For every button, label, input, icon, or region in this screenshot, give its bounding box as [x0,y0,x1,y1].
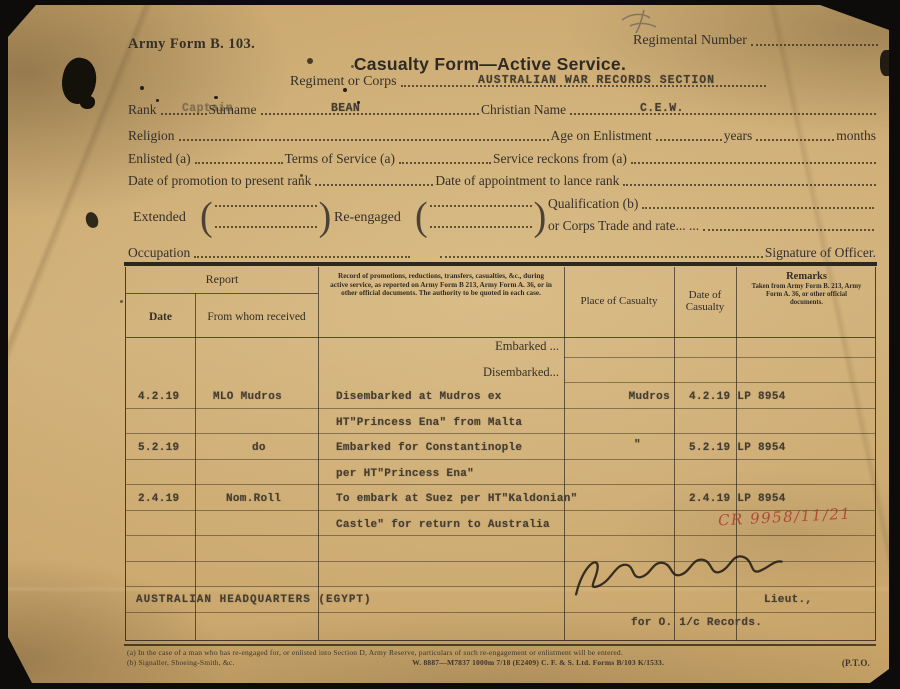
enlisted-line: Enlisted (a) Terms of Service (a) Servic… [128,151,878,166]
terms-label: Terms of Service (a) [285,151,395,166]
speckle [300,174,303,177]
entry-record-cont: per HT"Princess Ena" [336,468,474,480]
rule-embarked [564,357,875,358]
years-label: years [724,128,752,143]
entry-record-cont: Castle" for return to Australia [336,519,550,531]
reengaged-label: Re-engaged [334,210,401,226]
age-label: Age on Enlistment [551,128,652,143]
occupation-field-2 [440,246,763,258]
extended-open-bracket: ( [200,193,213,241]
speckle [140,86,144,90]
entry-from: MLO Mudros [213,391,282,403]
entry-record: Disembarked at Mudros ex [336,391,502,403]
surname-value: BEAN [331,101,360,116]
lance-field [623,174,876,186]
footnote-b-row: (b) Signaller, Shoeing-Smith, &c. W. 888… [127,658,870,668]
extended-field-2 [215,226,317,228]
speckle [343,88,347,92]
col-divider-record-place [564,267,565,640]
paper-hole-small [80,96,95,109]
speckle [120,300,123,303]
footnote-a: (a) In the case of a man who has re-enga… [127,648,860,657]
extended-label: Extended [133,210,186,226]
table-top-rule [124,262,877,266]
reengaged-open-bracket: ( [415,193,428,241]
pto-label: (P.T.O. [842,658,870,668]
header-remarks: Remarks Taken from Army Form B. 213, Arm… [736,271,877,307]
corps-trade-label: or Corps Trade and rate... ... [548,218,699,233]
qualification-field [642,197,874,209]
headquarters-entry: AUSTRALIAN HEADQUARTERS (EGYPT) [136,594,372,606]
scanned-form-paper: Army Form B. 103. Regimental Number Casu… [8,5,889,683]
occupation-label: Occupation [128,245,190,260]
promotion-label: Date of promotion to present rank [128,173,311,188]
entry-date: 4.2.19 [138,391,179,403]
surname-field [261,103,480,115]
entry-from: do [252,442,266,454]
corps-trade-line: or Corps Trade and rate... ... [548,218,876,233]
reengaged-fields [428,194,534,234]
entry-place-ditto: " [634,439,641,451]
casualty-table: Report Date From whom received Record of… [125,267,876,641]
reengaged-field-1 [430,205,532,207]
speckle [214,96,218,99]
entry-record: To embark at Suez per HT"Kaldonian" [336,493,578,505]
embarked-label: Embarked ... [406,339,559,354]
service-reckons-field [631,152,876,164]
entry-place: Mudros [564,391,670,403]
promotion-field [315,174,433,186]
speckle [156,99,159,102]
form-title: Casualty Form—Active Service. [280,54,700,75]
occupation-field [194,246,409,258]
occupation-line: Occupation Signature of Officer. [128,245,878,260]
lieut-entry: Lieut., [764,594,812,606]
form-number: Army Form B. 103. [128,36,255,53]
header-report: Report [126,272,318,287]
qualification-line: Qualification (b) [548,196,876,211]
header-date-of-casualty: Date of Casualty [674,289,736,313]
header-remarks-sub: Taken from Army Form B. 213, Army Form A… [736,282,877,307]
christian-name-field [570,103,876,115]
pencil-scribble-mark [616,6,674,36]
col-divider-from-record [318,267,319,640]
rule-row [126,612,875,613]
entry-date: 5.2.19 [138,442,179,454]
rank-label: Rank [128,102,157,117]
paper-hole-small [84,211,99,229]
reengaged-bracket-group: ( ) [415,194,546,240]
rule-disembarked [564,382,875,383]
enlisted-field [195,152,283,164]
months-label: months [836,128,876,143]
officer-signature [568,541,790,600]
rule-row [126,433,875,434]
header-date-of-casualty-line2: Casualty [674,301,736,313]
service-reckons-label: Service reckons from (a) [493,151,627,166]
reengaged-field-2 [430,226,532,228]
speckle [357,101,360,104]
entry-record: Embarked for Constantinople [336,442,522,454]
footnote-b: (b) Signaller, Shoeing-Smith, &c. [127,658,235,668]
rank-value: Captain [182,101,233,116]
age-years-field [656,129,722,141]
extended-close-bracket: ) [319,193,332,241]
speckle [307,58,313,64]
extended-field-1 [215,205,317,207]
christian-name-value: C.E.W. [640,101,684,116]
regiment-label: Regiment or Corps [290,74,397,89]
entry-record-cont: HT"Princess Ena" from Malta [336,417,522,429]
religion-field [179,129,549,141]
enlisted-label: Enlisted (a) [128,151,191,166]
regimental-number-field [751,34,878,46]
age-months-field [756,129,834,141]
report-divider [126,293,318,294]
extended-block: Extended ( ) Re-engaged ( ) Qualificatio… [128,194,878,244]
corps-trade-field [703,219,874,231]
religion-label: Religion [128,128,175,143]
speckle [351,65,354,68]
disembarked-label: Disembarked... [406,365,559,380]
extended-bracket-group: ( ) [200,194,331,240]
promotion-line: Date of promotion to present rank Date o… [128,173,878,188]
qualification-label: Qualification (b) [548,196,638,211]
header-from-whom: From whom received [195,311,318,323]
rank-line: Rank Surname Christian Name Captain BEAN… [128,102,878,117]
rule-row [126,535,875,536]
rule-row [126,459,875,460]
col-divider-date-from [195,293,196,640]
signature-of-officer-label: Signature of Officer. [765,245,876,260]
rule-row [126,484,875,485]
regiment-value: AUSTRALIAN WAR RECORDS SECTION [478,73,715,88]
christian-name-label: Christian Name [481,102,566,117]
header-record: Record of promotions, reductions, transf… [320,272,562,298]
religion-line: Religion Age on Enlistment years months [128,128,878,143]
entry-ref: 2.4.19 LP 8954 [689,493,786,505]
header-place: Place of Casualty [564,295,674,307]
lance-label: Date of appointment to lance rank [435,173,619,188]
entry-date: 2.4.19 [138,493,179,505]
for-records-entry: for O. 1/c Records. [631,617,762,629]
entry-ref: 5.2.19 LP 8954 [689,442,786,454]
print-code: W. 8887—M7837 1000m 7/18 (E2409) C. F. &… [412,658,664,668]
entry-ref: 4.2.19 LP 8954 [689,391,786,403]
form-content: Army Form B. 103. Regimental Number Casu… [0,0,900,689]
header-remarks-title: Remarks [736,271,877,282]
rule-row [126,408,875,409]
edge-notch [880,50,894,76]
red-pen-annotation: CR 9958/11/21 [718,505,852,530]
footnote-rule [124,644,876,646]
reengaged-close-bracket: ) [534,193,547,241]
entry-from: Nom.Roll [226,493,281,505]
terms-field [399,152,491,164]
header-date: Date [126,311,195,323]
header-date-of-casualty-line1: Date of [674,289,736,301]
regiment-line: Regiment or Corps AUSTRALIAN WAR RECORDS… [290,74,768,89]
extended-fields [213,194,319,234]
